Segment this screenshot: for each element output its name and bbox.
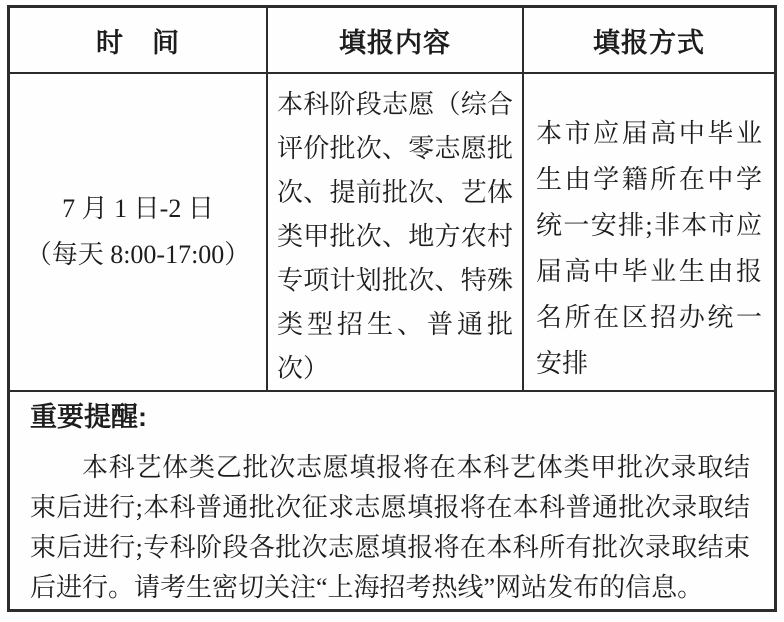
header-cell-time: 时 间: [10, 8, 268, 72]
page: 时 间 填报内容 填报方式 7 月 1 日-2 日 （每天 8:00-17:00…: [0, 0, 784, 622]
cell-method: 本市应届高中毕业生由学籍所在中学统一安排;非本市应届高中毕业生由报名所在区招办统…: [524, 74, 774, 390]
header-cell-content: 填报内容: [268, 8, 524, 72]
application-schedule-table: 时 间 填报内容 填报方式 7 月 1 日-2 日 （每天 8:00-17:00…: [7, 5, 777, 612]
notice-body: 本科艺体类乙批次志愿填报将在本科艺体类甲批次录取结束后进行;本科普通批次征求志愿…: [30, 448, 750, 608]
table-header-row: 时 间 填报内容 填报方式: [10, 8, 774, 74]
important-notice-section: 重要提醒: 本科艺体类乙批次志愿填报将在本科艺体类甲批次录取结束后进行;本科普通…: [10, 392, 774, 609]
header-cell-method: 填报方式: [524, 8, 774, 72]
table-data-row: 7 月 1 日-2 日 （每天 8:00-17:00） 本科阶段志愿（综合评价批…: [10, 74, 774, 392]
time-hours: （每天 8:00-17:00）: [26, 232, 251, 278]
cell-content: 本科阶段志愿（综合评价批次、零志愿批次、提前批次、艺体类甲批次、地方农村专项计划…: [268, 74, 524, 390]
cell-time: 7 月 1 日-2 日 （每天 8:00-17:00）: [10, 74, 268, 390]
time-date: 7 月 1 日-2 日: [62, 186, 214, 232]
notice-title: 重要提醒:: [30, 400, 752, 434]
